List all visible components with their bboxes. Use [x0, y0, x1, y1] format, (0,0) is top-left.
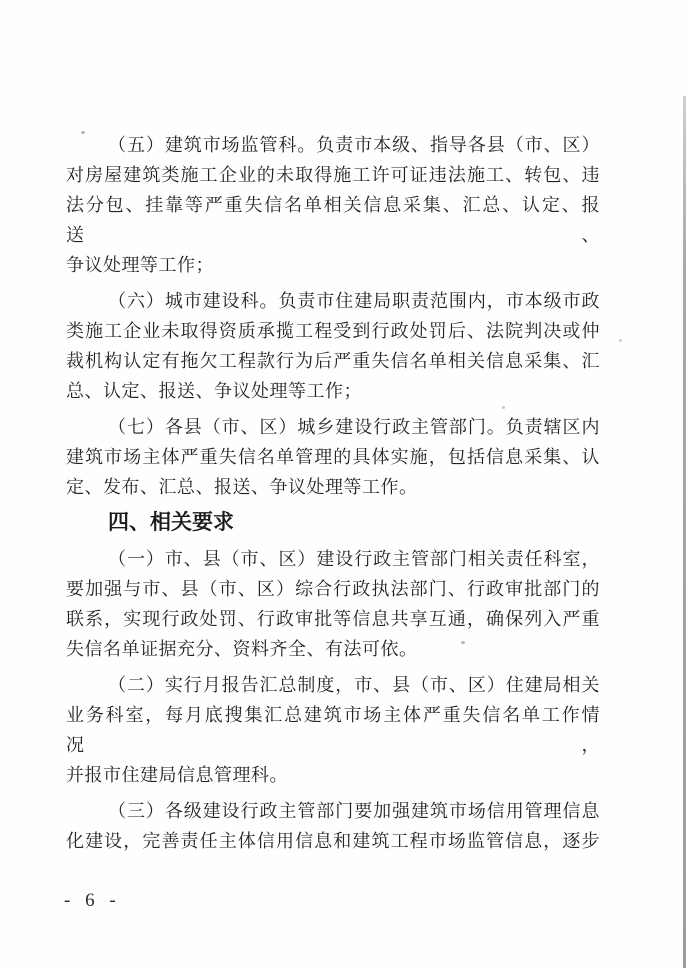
text-line: 定、发布、汇总、报送、争议处理等工作。: [66, 472, 600, 502]
paragraph: （一）市、县（市、区）建设行政主管部门相关责任科室， 要加强与市、县（市、区）综…: [66, 544, 600, 664]
paragraph: （六）城市建设科。负责市住建局职责范围内，市本级市政 类施工企业未取得资质承揽工…: [66, 286, 600, 406]
paragraph: （五）建筑市场监管科。负责市本级、指导各县（市、区） 对房屋建筑类施工企业的未取…: [66, 130, 600, 280]
paragraph: （二）实行月报告汇总制度，市、县（市、区）住建局相关 业务科室，每月底搜集汇总建…: [66, 670, 600, 790]
document-page: （五）建筑市场监管科。负责市本级、指导各县（市、区） 对房屋建筑类施工企业的未取…: [0, 0, 686, 968]
page-number: - 6 -: [64, 890, 121, 912]
text-line: 建筑市场主体严重失信名单管理的具体实施，包括信息采集、认: [66, 442, 600, 472]
text-line: 业务科室，每月底搜集汇总建筑市场主体严重失信名单工作情况，: [66, 700, 600, 760]
section-heading: 四、相关要求: [66, 508, 600, 538]
text-line: 化建设，完善责任主体信用信息和建筑工程市场监管信息，逐步: [66, 826, 600, 856]
scan-speck: [502, 406, 505, 409]
text-line: 法分包、挂靠等严重失信名单相关信息采集、汇总、认定、报送、: [66, 190, 600, 250]
text-line: 并报市住建局信息管理科。: [66, 760, 600, 790]
text-line: （一）市、县（市、区）建设行政主管部门相关责任科室，: [66, 544, 600, 574]
text-line: 总、认定、报送、争议处理等工作；: [66, 376, 600, 406]
text-line: （三）各级建设行政主管部门要加强建筑市场信用管理信息: [66, 796, 600, 826]
text-line: （五）建筑市场监管科。负责市本级、指导各县（市、区）: [66, 130, 600, 160]
text-line: 联系，实现行政处罚、行政审批等信息共享互通，确保列入严重: [66, 604, 600, 634]
text-line: （二）实行月报告汇总制度，市、县（市、区）住建局相关: [66, 670, 600, 700]
scan-speck: [619, 339, 622, 342]
text-line: （六）城市建设科。负责市住建局职责范围内，市本级市政: [66, 286, 600, 316]
text-line: 对房屋建筑类施工企业的未取得施工许可证违法施工、转包、违: [66, 160, 600, 190]
text-line: 争议处理等工作；: [66, 250, 600, 280]
text-line: 要加强与市、县（市、区）综合行政执法部门、行政审批部门的: [66, 574, 600, 604]
scan-speck: [81, 131, 85, 134]
document-text-block: （五）建筑市场监管科。负责市本级、指导各县（市、区） 对房屋建筑类施工企业的未取…: [66, 130, 600, 856]
text-line: 裁机构认定有拖欠工程款行为后严重失信名单相关信息采集、汇: [66, 346, 600, 376]
paragraph: （三）各级建设行政主管部门要加强建筑市场信用管理信息 化建设，完善责任主体信用信…: [66, 796, 600, 856]
text-line: （七）各县（市、区）城乡建设行政主管部门。负责辖区内: [66, 412, 600, 442]
text-line: 失信名单证据充分、资料齐全、有法可依。: [66, 634, 600, 664]
paragraph: （七）各县（市、区）城乡建设行政主管部门。负责辖区内 建筑市场主体严重失信名单管…: [66, 412, 600, 502]
text-line: 类施工企业未取得资质承揽工程受到行政处罚后、法院判决或仲: [66, 316, 600, 346]
scan-speck: [461, 641, 465, 644]
